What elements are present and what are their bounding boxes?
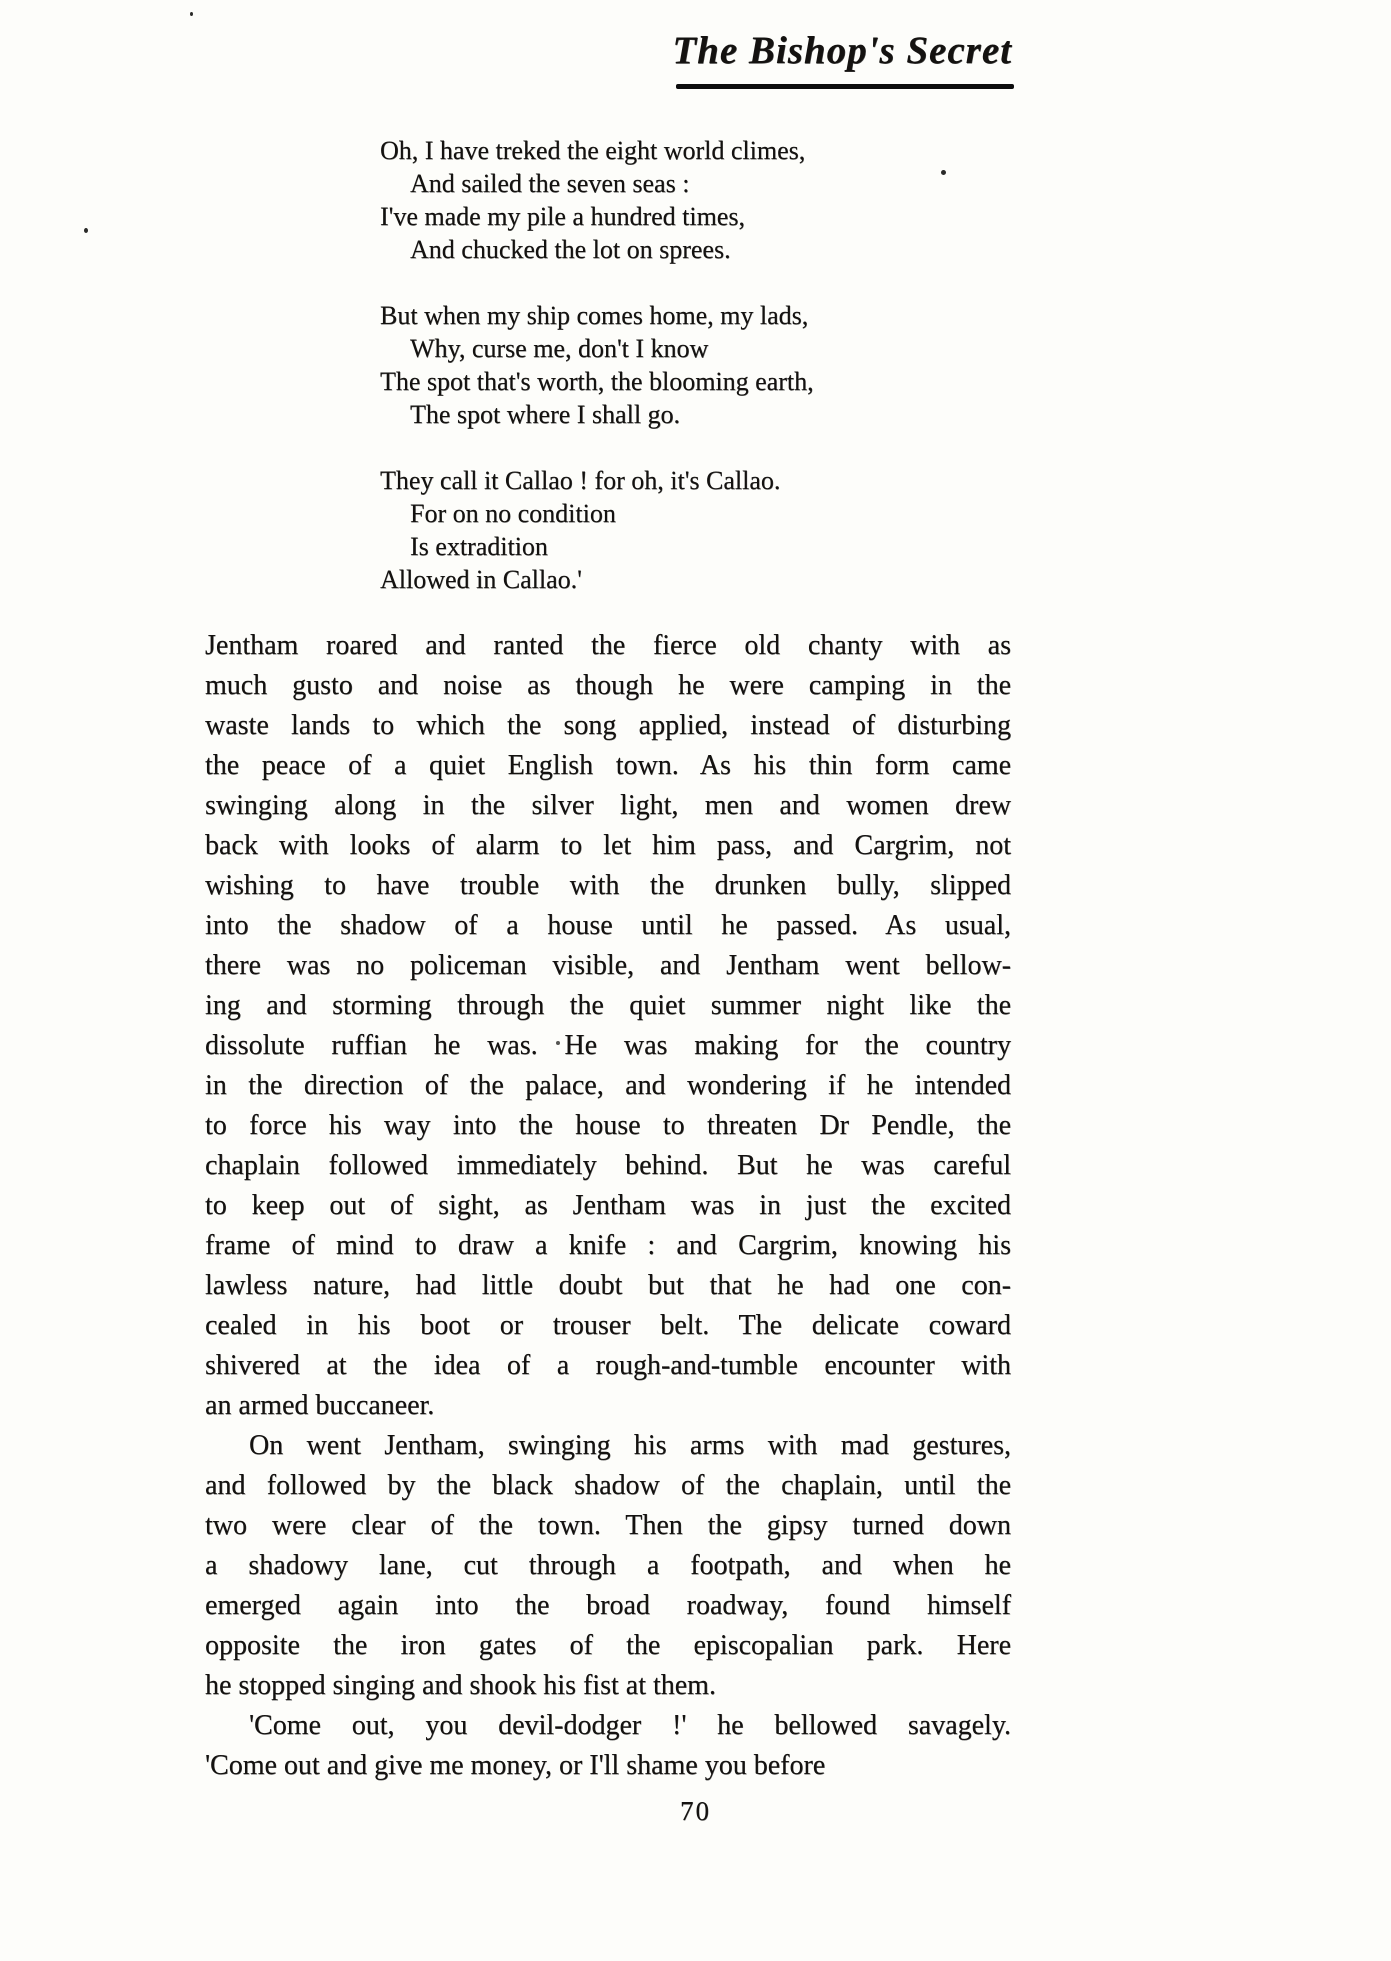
- body-line: a shadowy lane, cut through a footpath, …: [205, 1546, 1011, 1586]
- body-line: in the direction of the palace, and wond…: [205, 1066, 1011, 1106]
- poem-line: And chucked the lot on sprees.: [380, 233, 1040, 266]
- body-line: On went Jentham, swinging his arms with …: [205, 1426, 1011, 1466]
- body-line: swinging along in the silver light, men …: [205, 786, 1011, 826]
- body-line: 'Come out, you devil-dodger !' he bellow…: [205, 1706, 1011, 1746]
- body-line: chaplain followed immediately behind. Bu…: [205, 1146, 1011, 1186]
- poem-line: They call it Callao ! for oh, it's Calla…: [380, 464, 1040, 497]
- scan-speck: [84, 228, 88, 233]
- body-line: Jentham roared and ranted the fierce old…: [205, 626, 1011, 666]
- body-line: opposite the iron gates of the episcopal…: [205, 1626, 1011, 1666]
- body-line: emerged again into the broad roadway, fo…: [205, 1586, 1011, 1626]
- poem-line: Is extradition: [380, 530, 1040, 563]
- body-line: cealed in his boot or trouser belt. The …: [205, 1306, 1011, 1346]
- poem-line: Why, curse me, don't I know: [380, 332, 1040, 365]
- body-paragraph: Jentham roared and ranted the fierce old…: [205, 626, 1011, 1426]
- book-page: The Bishop's Secret Oh, I have treked th…: [0, 0, 1391, 1961]
- poem-stanza: Oh, I have treked the eight world climes…: [380, 134, 1040, 266]
- poem-line: But when my ship comes home, my lads,: [380, 299, 1040, 332]
- page-number: 70: [0, 1796, 1391, 1827]
- body-line: 'Come out and give me money, or I'll sha…: [205, 1746, 1011, 1786]
- poem: Oh, I have treked the eight world climes…: [380, 134, 1040, 629]
- body-line: into the shadow of a house until he pass…: [205, 906, 1011, 946]
- header-rule: [676, 84, 1014, 89]
- body-line: much gusto and noise as though he were c…: [205, 666, 1011, 706]
- body-line: ing and storming through the quiet summe…: [205, 986, 1011, 1026]
- body-paragraph: On went Jentham, swinging his arms with …: [205, 1426, 1011, 1706]
- body-line: an armed buccaneer.: [205, 1386, 1011, 1426]
- poem-stanza: They call it Callao ! for oh, it's Calla…: [380, 464, 1040, 596]
- poem-line: Allowed in Callao.': [380, 563, 1040, 596]
- running-header-title: The Bishop's Secret: [672, 28, 1012, 73]
- body-line: the peace of a quiet English town. As hi…: [205, 746, 1011, 786]
- poem-line: Oh, I have treked the eight world climes…: [380, 134, 1040, 167]
- body-line: wishing to have trouble with the drunken…: [205, 866, 1011, 906]
- body-line: frame of mind to draw a knife : and Carg…: [205, 1226, 1011, 1266]
- scan-speck: [556, 1041, 560, 1045]
- scan-speck: [941, 170, 946, 175]
- body-line: back with looks of alarm to let him pass…: [205, 826, 1011, 866]
- body-line: dissolute ruffian he was. He was making …: [205, 1026, 1011, 1066]
- page-body: Jentham roared and ranted the fierce old…: [205, 626, 1011, 1786]
- body-line: two were clear of the town. Then the gip…: [205, 1506, 1011, 1546]
- poem-stanza: But when my ship comes home, my lads,Why…: [380, 299, 1040, 431]
- poem-line: The spot that's worth, the blooming eart…: [380, 365, 1040, 398]
- poem-line: The spot where I shall go.: [380, 398, 1040, 431]
- body-line: to force his way into the house to threa…: [205, 1106, 1011, 1146]
- body-line: and followed by the black shadow of the …: [205, 1466, 1011, 1506]
- body-line: there was no policeman visible, and Jent…: [205, 946, 1011, 986]
- body-line: he stopped singing and shook his fist at…: [205, 1666, 1011, 1706]
- poem-line: For on no condition: [380, 497, 1040, 530]
- body-line: shivered at the idea of a rough-and-tumb…: [205, 1346, 1011, 1386]
- body-paragraph: 'Come out, you devil-dodger !' he bellow…: [205, 1706, 1011, 1786]
- body-line: to keep out of sight, as Jentham was in …: [205, 1186, 1011, 1226]
- body-line: lawless nature, had little doubt but tha…: [205, 1266, 1011, 1306]
- body-line: waste lands to which the song applied, i…: [205, 706, 1011, 746]
- poem-line: I've made my pile a hundred times,: [380, 200, 1040, 233]
- scan-speck: [190, 12, 193, 16]
